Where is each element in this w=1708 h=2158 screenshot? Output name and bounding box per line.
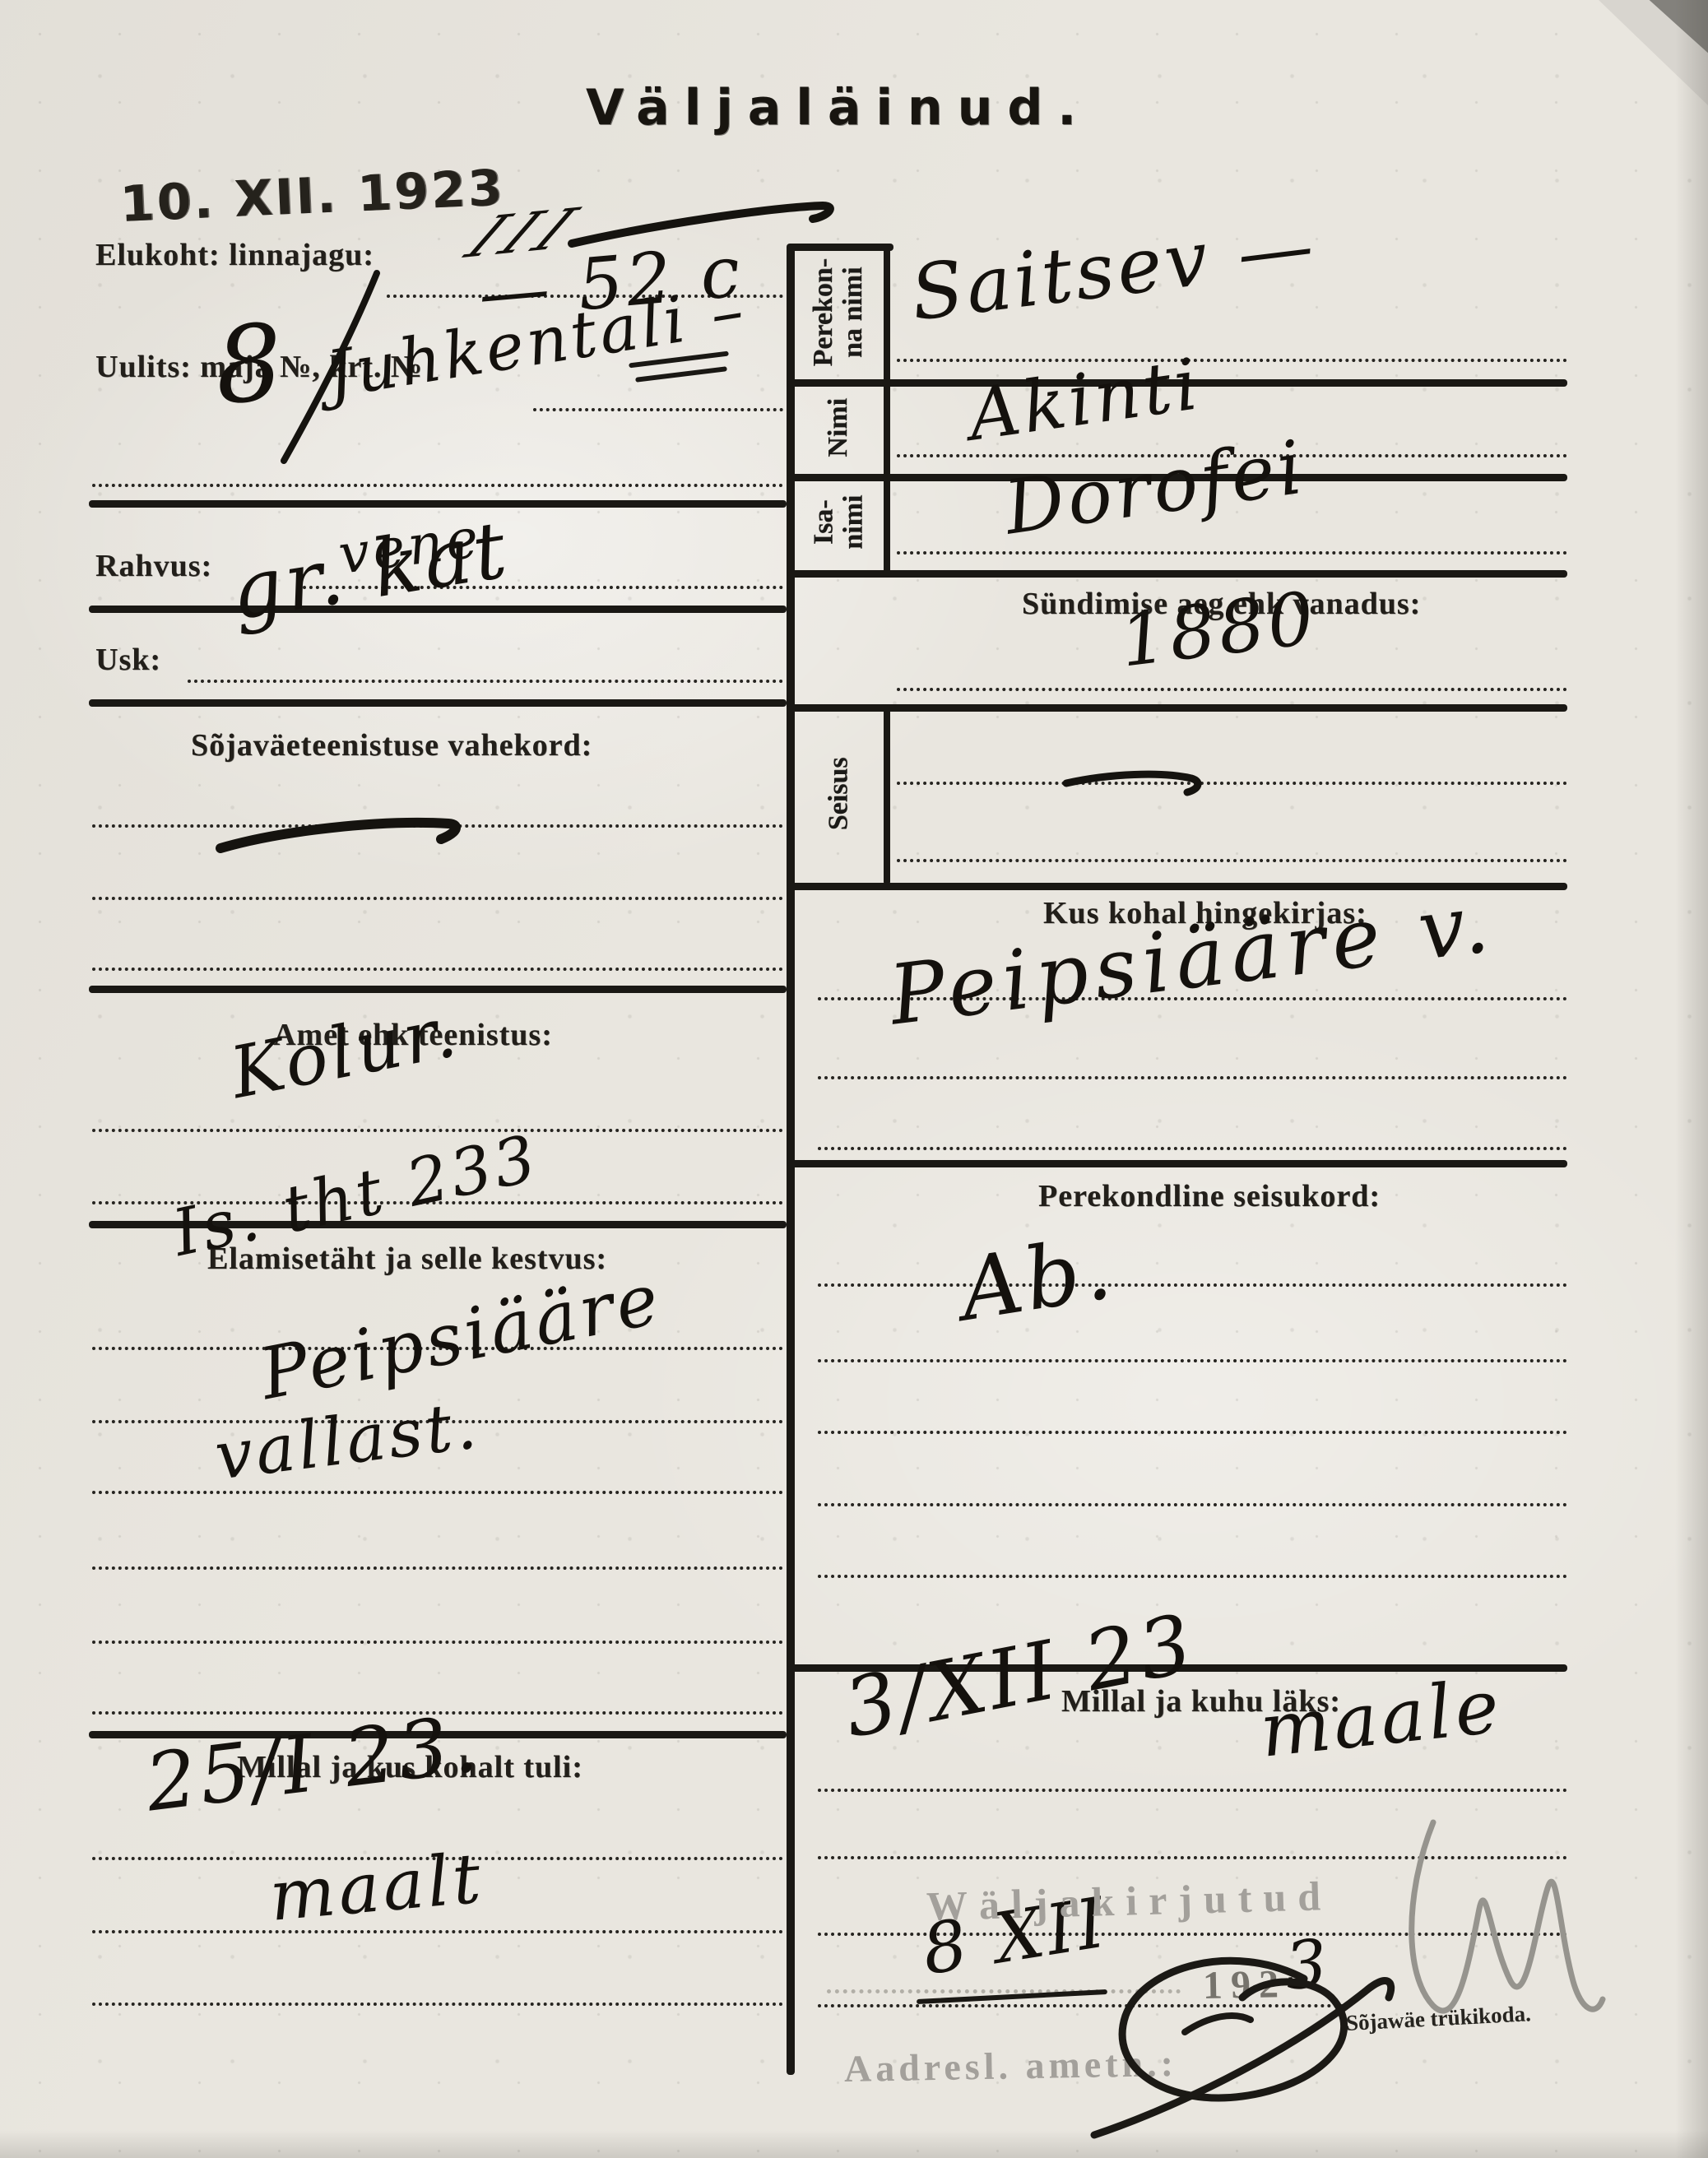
departed-date-handwriting: 3/XII 23 bbox=[837, 1597, 1202, 1757]
permit-place-2-handwriting: vallast. bbox=[211, 1386, 483, 1495]
first-name-label-box: Nimi bbox=[795, 385, 882, 471]
family-status-label: Perekondline seisukord: bbox=[1038, 1178, 1381, 1214]
written-out-stamp: Wäljakirjutud bbox=[926, 1872, 1333, 1930]
year-printed-stamp: 192 bbox=[1203, 1961, 1288, 2008]
dotted-line bbox=[92, 2003, 783, 2006]
status-label: Seisus bbox=[824, 758, 853, 831]
dotted-line bbox=[897, 688, 1567, 691]
registration-card: Väljaläinud. 10. XII. 1923 Elukoht: linn… bbox=[0, 0, 1708, 2158]
dotted-line bbox=[92, 1129, 783, 1132]
scan-edge-bottom bbox=[0, 2130, 1708, 2158]
military-label: Sõjaväeteenistuse vahekord: bbox=[191, 727, 592, 763]
dotted-line bbox=[92, 1566, 783, 1570]
year-written-handwriting: 3 bbox=[1282, 1924, 1334, 2004]
dotted-line bbox=[818, 1147, 1567, 1150]
dotted-line bbox=[818, 1359, 1567, 1362]
rule-line bbox=[89, 699, 787, 707]
nationality-label: Rahvus: bbox=[95, 548, 212, 584]
arrived-from-handwriting: maalt bbox=[267, 1837, 487, 1936]
dotted-line bbox=[92, 897, 783, 900]
family-name-value-handwriting: Saitsev — bbox=[906, 201, 1321, 338]
pencil-signature bbox=[1412, 1822, 1603, 2011]
residence-label: Elukoht: linnajagu: bbox=[95, 237, 374, 273]
dotted-line bbox=[92, 824, 783, 828]
rule-line bbox=[788, 1160, 1567, 1167]
stamp-dotted-line bbox=[827, 1989, 1181, 1993]
dotted-line bbox=[92, 1641, 783, 1644]
dotted-line bbox=[897, 359, 1567, 362]
dotted-line bbox=[533, 408, 783, 411]
rule-line bbox=[788, 704, 1567, 712]
first-name-label: Nimi bbox=[824, 398, 853, 457]
divider-vertical-main bbox=[787, 244, 795, 2075]
arrived-date-handwriting: 25/I 23. bbox=[141, 1697, 485, 1830]
printer-credit: Sõjawäe trükikoda. bbox=[1345, 2001, 1531, 2036]
dotted-line bbox=[897, 782, 1567, 785]
rule-line bbox=[788, 570, 1567, 578]
dotted-line bbox=[897, 551, 1567, 555]
father-name-label-box: Isa- nimi bbox=[795, 479, 882, 566]
dotted-line bbox=[818, 1503, 1567, 1506]
dotted-line bbox=[92, 484, 783, 487]
religion-label: Usk: bbox=[95, 642, 161, 678]
dotted-line bbox=[92, 968, 783, 971]
dotted-line bbox=[188, 680, 783, 683]
divider-vertical-sub bbox=[884, 706, 890, 885]
rule-line bbox=[89, 606, 787, 613]
status-label-box: Seisus bbox=[795, 709, 882, 879]
dotted-line bbox=[897, 859, 1567, 862]
dotted-line bbox=[92, 1491, 783, 1494]
dotted-line bbox=[818, 1431, 1567, 1434]
scan-edge-right bbox=[1675, 0, 1708, 2158]
dotted-line bbox=[818, 1076, 1567, 1079]
religion-value-handwriting: gr. kat bbox=[225, 504, 515, 638]
dotted-line bbox=[818, 1856, 1567, 1859]
underline-stroke bbox=[635, 366, 727, 383]
family-status-value-handwriting: Ab. bbox=[953, 1218, 1121, 1341]
dotted-line bbox=[92, 1930, 783, 1933]
house-number-handwriting: 8 bbox=[211, 301, 290, 429]
family-name-label: Perekon- na nimi bbox=[809, 258, 867, 367]
rule-line bbox=[89, 500, 787, 508]
divider-vertical-sub bbox=[884, 247, 890, 574]
occupation-value-handwriting: Kolur. bbox=[224, 991, 466, 1116]
dotted-line bbox=[818, 1283, 1567, 1287]
dotted-line bbox=[818, 1789, 1567, 1792]
ink-signature-stroke bbox=[1185, 2016, 1251, 2032]
departed-to-handwriting: maale bbox=[1256, 1663, 1506, 1774]
family-name-label-box: Perekon- na nimi bbox=[795, 250, 882, 375]
dotted-line bbox=[818, 1575, 1567, 1578]
date-stamp: 10. XII. 1923 bbox=[118, 160, 505, 234]
clerk-label-stamp: Aadresl. ametn.: bbox=[844, 2041, 1178, 2091]
father-name-label: Isa- nimi bbox=[809, 495, 867, 550]
page-title: Väljaläinud. bbox=[586, 79, 1091, 137]
